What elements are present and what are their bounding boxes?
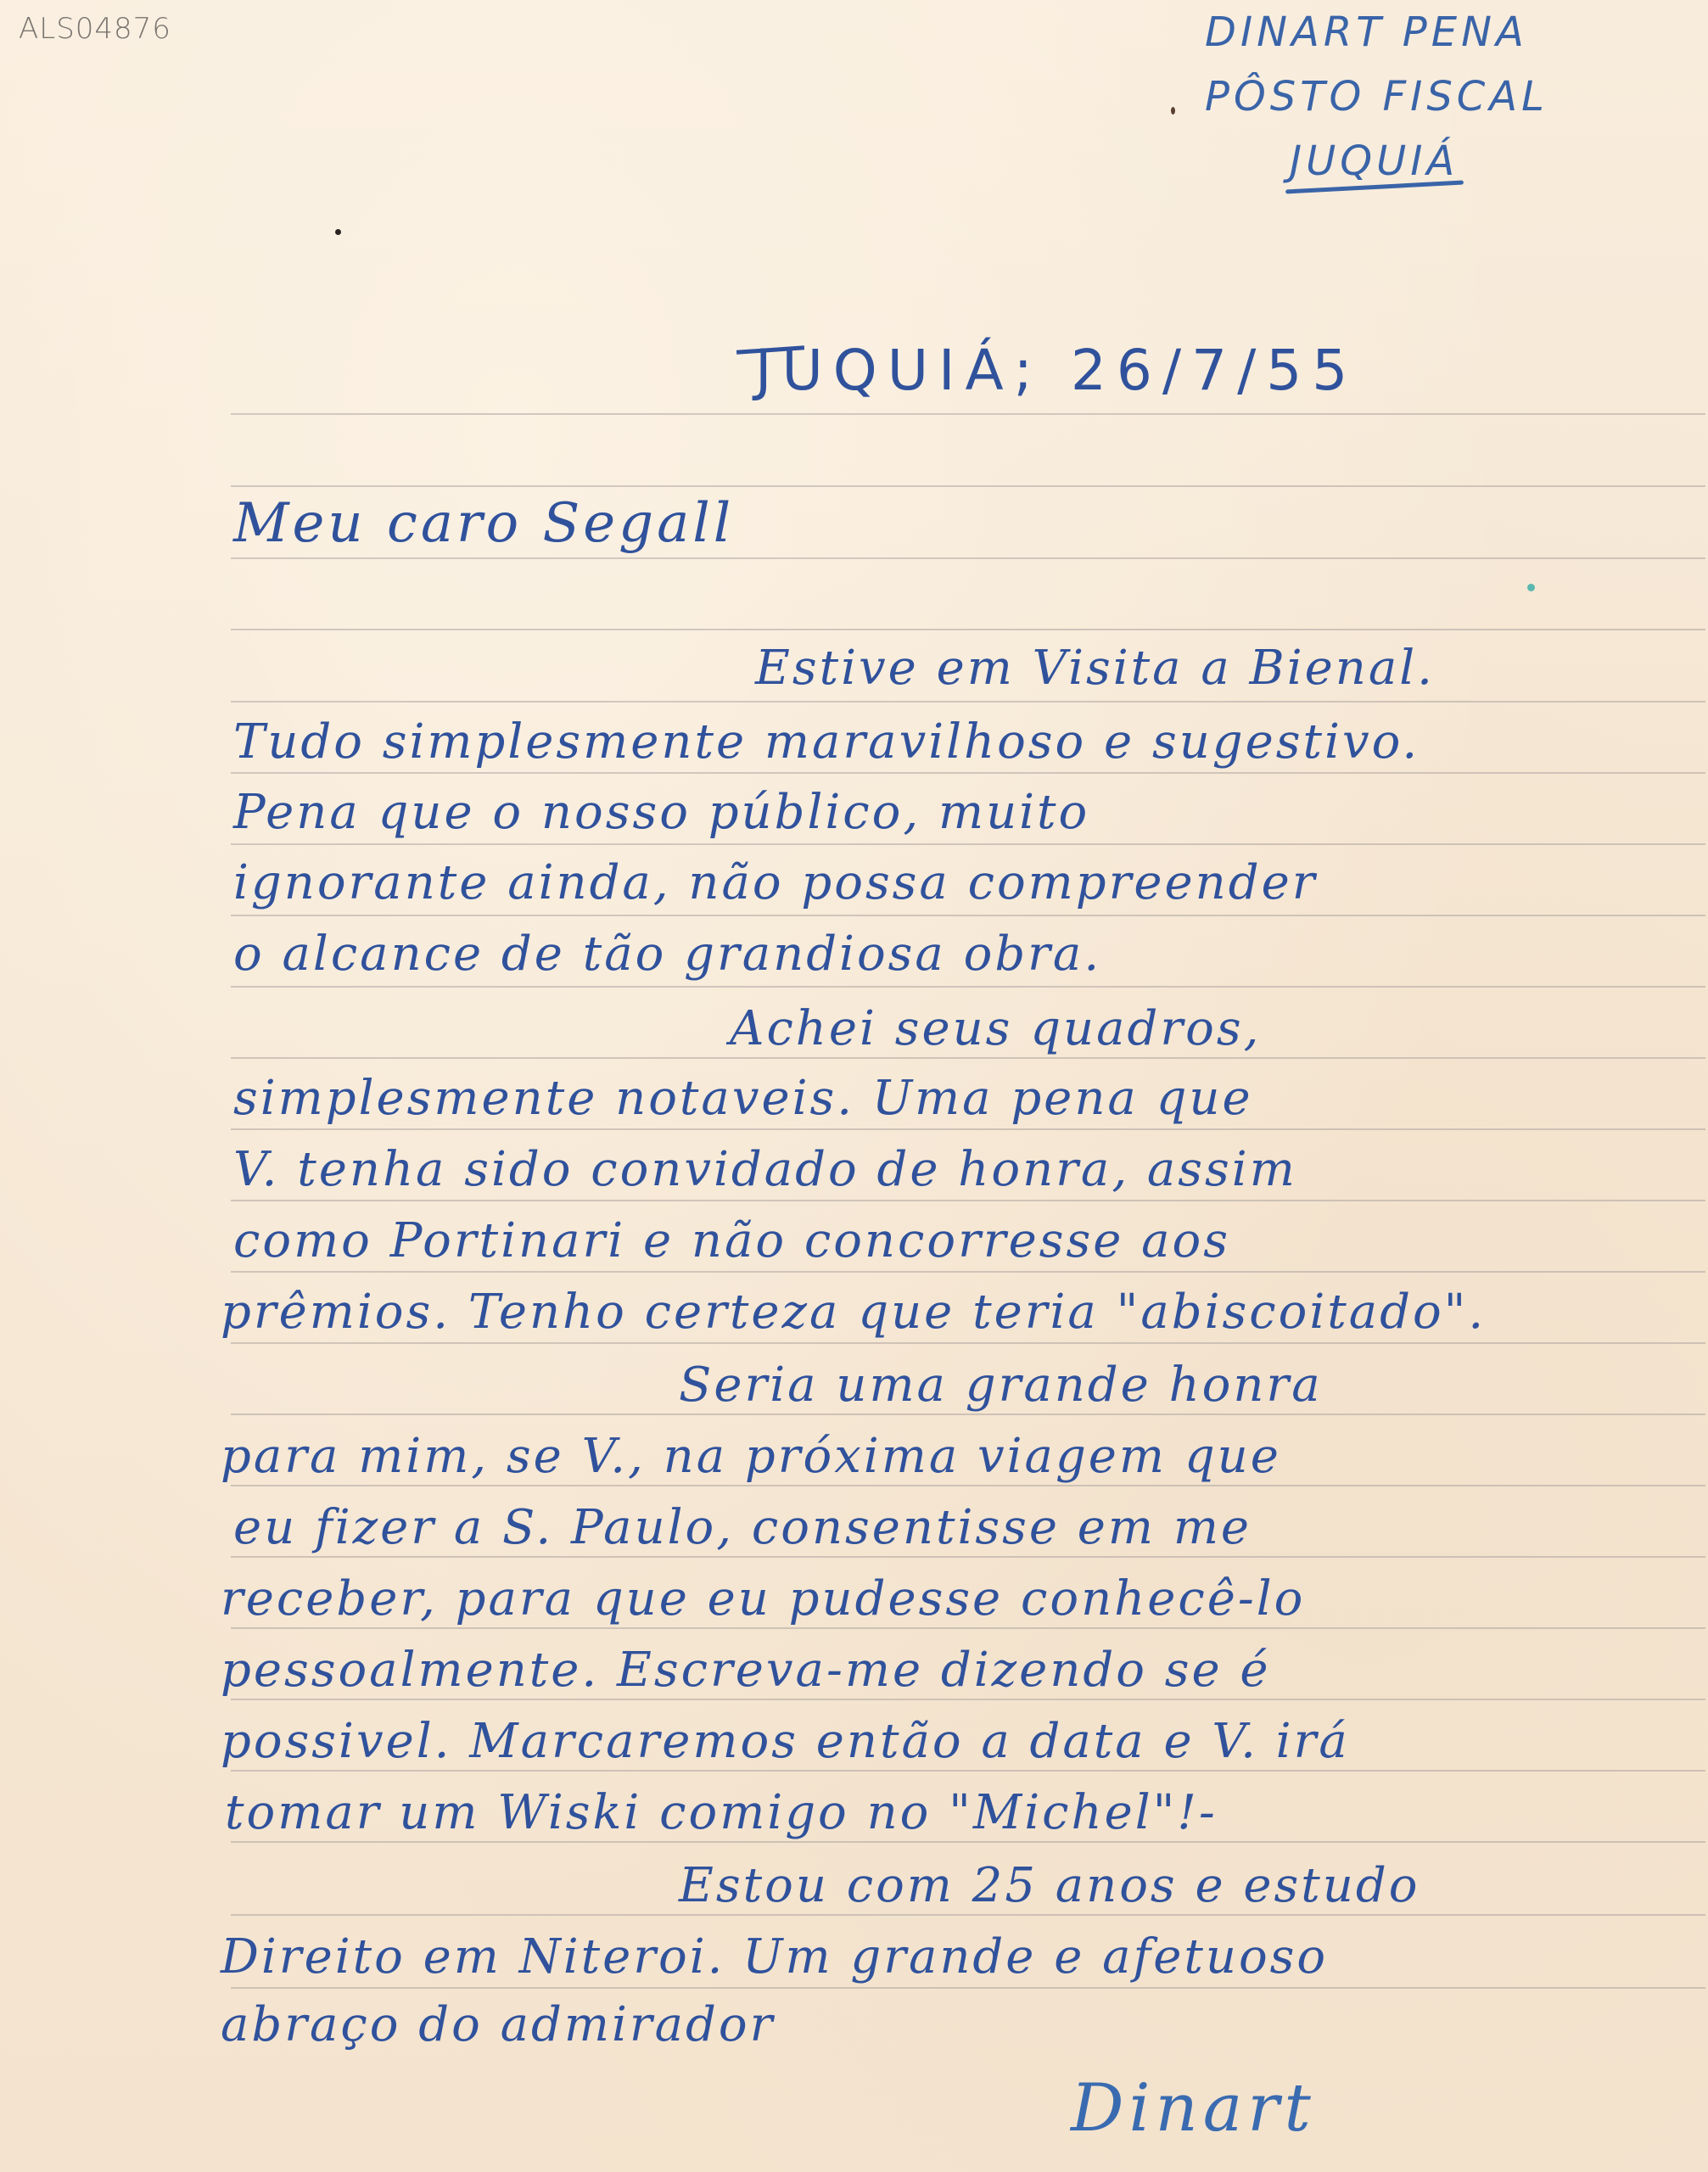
body-line: o alcance de tão grandiosa obra. <box>233 926 1101 982</box>
letterhead-office: PÔSTO FISCAL <box>1205 64 1548 129</box>
body-line: como Portinari e não concorresse aos <box>233 1213 1230 1268</box>
ruled-line <box>231 1128 1705 1130</box>
ruled-line <box>231 629 1705 630</box>
ink-speck <box>1527 584 1535 591</box>
ruled-line <box>231 1841 1705 1843</box>
letterhead-name: DINART PENA <box>1205 0 1548 64</box>
body-line: Estou com 25 anos e estudo <box>679 1858 1420 1913</box>
ruled-line <box>231 1413 1705 1415</box>
ruled-line <box>231 915 1705 916</box>
body-line: Seria uma grande honra <box>679 1357 1323 1413</box>
ruled-line <box>231 1914 1705 1916</box>
body-line: pessoalmente. Escreva-me dizendo se é <box>221 1643 1271 1698</box>
ruled-line <box>231 1770 1705 1772</box>
ruled-line <box>231 1485 1705 1486</box>
ruled-line <box>231 1057 1705 1059</box>
ruled-line <box>231 843 1705 845</box>
ruled-line <box>231 413 1705 415</box>
ruled-line <box>231 485 1705 487</box>
ruled-line <box>231 772 1705 774</box>
dateline: JUQUIÁ; 26/7/55 <box>755 338 1358 403</box>
ruled-line <box>231 1200 1705 1201</box>
body-line: Achei seus quadros, <box>730 1001 1261 1056</box>
body-line: Estive em Visita a Bienal. <box>755 641 1435 696</box>
salutation: Meu caro Segall <box>233 492 734 555</box>
body-line: Pena que o nosso público, muito <box>233 785 1089 840</box>
ruled-line <box>231 1271 1705 1273</box>
ruled-line <box>231 1627 1705 1629</box>
signature: Dinart <box>1071 2070 1316 2147</box>
ruled-line <box>231 986 1705 988</box>
ruled-line <box>231 557 1705 559</box>
ink-speck <box>1171 107 1175 115</box>
body-line: prêmios. Tenho certeza que teria "abisco… <box>221 1285 1486 1340</box>
letter-page: ALS04876 DINART PENA PÔSTO FISCAL JUQUIÁ… <box>0 0 1708 2172</box>
letterhead: DINART PENA PÔSTO FISCAL JUQUIÁ <box>1171 0 1548 193</box>
ruled-line <box>231 1699 1705 1700</box>
body-line: possivel. Marcaremos então a data e V. i… <box>221 1714 1350 1769</box>
body-line: Tudo simplesmente maravilhoso e sugestiv… <box>233 714 1420 770</box>
body-line: ignorante ainda, não possa compreender <box>233 855 1318 910</box>
ruled-line <box>231 1987 1705 1989</box>
body-line: simplesmente notaveis. Uma pena que <box>233 1071 1253 1126</box>
body-line: para mim, se V., na próxima viagem que <box>221 1429 1281 1484</box>
ink-speck <box>335 229 341 235</box>
ruled-line <box>231 1342 1705 1344</box>
ruled-line <box>231 1556 1705 1558</box>
body-line: eu fizer a S. Paulo, consentisse em me <box>233 1500 1252 1555</box>
body-line: V. tenha sido convidado de honra, assim <box>233 1142 1297 1197</box>
ruled-line <box>231 701 1705 703</box>
body-line: Direito em Niteroi. Um grande e afetuoso <box>221 1929 1328 1984</box>
body-line: abraço do admirador <box>221 1997 775 2052</box>
body-line: tomar um Wiski comigo no "Michel"!- <box>225 1785 1218 1840</box>
body-line: receber, para que eu pudesse conhecê-lo <box>221 1571 1305 1626</box>
catalog-number: ALS04876 <box>19 12 171 46</box>
